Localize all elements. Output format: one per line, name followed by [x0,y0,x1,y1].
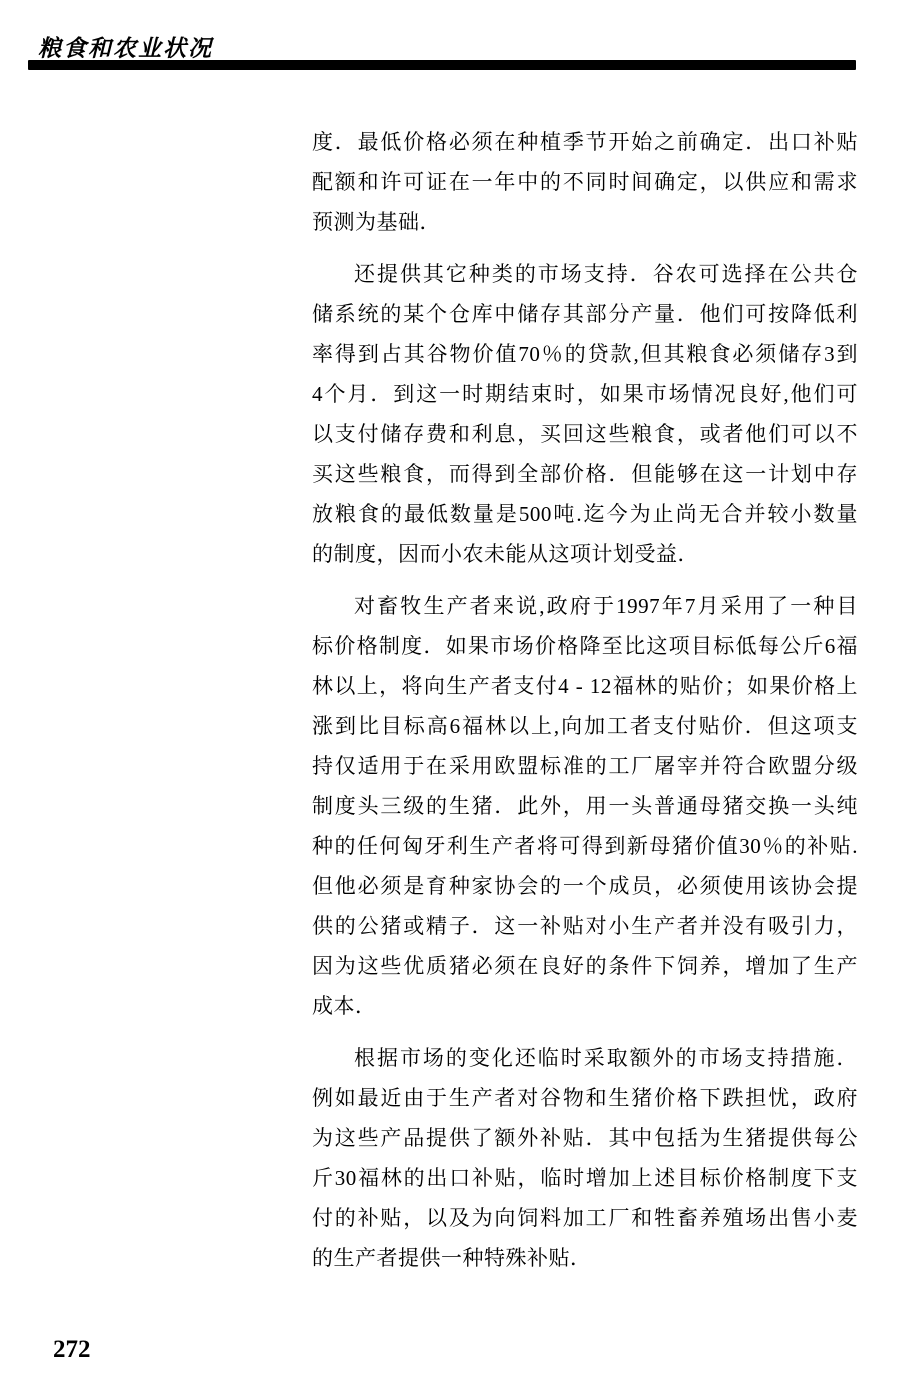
text-line: 根据市场的变化还临时采取额外的市场支持措施． [312,1038,858,1078]
text-line: 斤30福林的出口补贴，临时增加上述目标价格制度下支 [312,1158,858,1198]
text-line: 林以上，将向生产者支付4 - 12福林的贴价；如果价格上 [312,666,858,706]
text-line: 以支付储存费和利息，买回这些粮食，或者他们可以不 [312,414,858,454]
text-line: 制度头三级的生猪．此外，用一头普通母猪交换一头纯 [312,786,858,826]
text-line: 的制度，因而小农未能从这项计划受益． [312,534,858,574]
paragraph: 还提供其它种类的市场支持．谷农可选择在公共仓 储系统的某个仓库中储存其部分产量．… [312,254,858,574]
text-line: 因为这些优质猪必须在良好的条件下饲养，增加了生产 [312,946,858,986]
header-rule [28,60,856,70]
text-line: 4个月．到这一时期结束时，如果市场情况良好,他们可 [312,374,858,414]
paragraph: 度．最低价格必须在种植季节开始之前确定．出口补贴 配额和许可证在一年中的不同时间… [312,122,858,242]
paragraph: 根据市场的变化还临时采取额外的市场支持措施． 例如最近由于生产者对谷物和生猪价格… [312,1038,858,1278]
text-line: 储系统的某个仓库中储存其部分产量．他们可按降低利 [312,294,858,334]
text-line: 例如最近由于生产者对谷物和生猪价格下跌担忧，政府 [312,1078,858,1118]
text-line: 配额和许可证在一年中的不同时间确定，以供应和需求 [312,162,858,202]
text-line: 放粮食的最低数量是500吨.迄今为止尚无合并较小数量 [312,494,858,534]
text-line: 付的补贴，以及为向饲料加工厂和牲畜养殖场出售小麦 [312,1198,858,1238]
body-text: 度．最低价格必须在种植季节开始之前确定．出口补贴 配额和许可证在一年中的不同时间… [312,122,858,1290]
text-line: 度．最低价格必须在种植季节开始之前确定．出口补贴 [312,122,858,162]
text-line: 对畜牧生产者来说,政府于1997年7月采用了一种目 [312,586,858,626]
text-line: 为这些产品提供了额外补贴．其中包括为生猪提供每公 [312,1118,858,1158]
text-line: 持仅适用于在采用欧盟标准的工厂屠宰并符合欧盟分级 [312,746,858,786]
text-line: 率得到占其谷物价值70％的贷款,但其粮食必须储存3到 [312,334,858,374]
paragraph: 对畜牧生产者来说,政府于1997年7月采用了一种目 标价格制度．如果市场价格降至… [312,586,858,1026]
text-line: 但他必须是育种家协会的一个成员，必须使用该协会提 [312,866,858,906]
text-line: 买这些粮食，而得到全部价格．但能够在这一计划中存 [312,454,858,494]
text-line: 供的公猪或精子．这一补贴对小生产者并没有吸引力， [312,906,858,946]
text-line: 种的任何匈牙利生产者将可得到新母猪价值30％的补贴. [312,826,858,866]
text-line: 还提供其它种类的市场支持．谷农可选择在公共仓 [312,254,858,294]
text-line: 标价格制度．如果市场价格降至比这项目标低每公斤6福 [312,626,858,666]
text-line: 成本． [312,986,858,1026]
running-header: 粮食和农业状况 [38,30,213,63]
text-line: 预测为基础． [312,202,858,242]
page-number: 272 [53,1336,91,1364]
text-line: 涨到比目标高6福林以上,向加工者支付贴价．但这项支 [312,706,858,746]
document-page: 粮食和农业状况 度．最低价格必须在种植季节开始之前确定．出口补贴 配额和许可证在… [0,0,900,1400]
text-line: 的生产者提供一种特殊补贴． [312,1238,858,1278]
